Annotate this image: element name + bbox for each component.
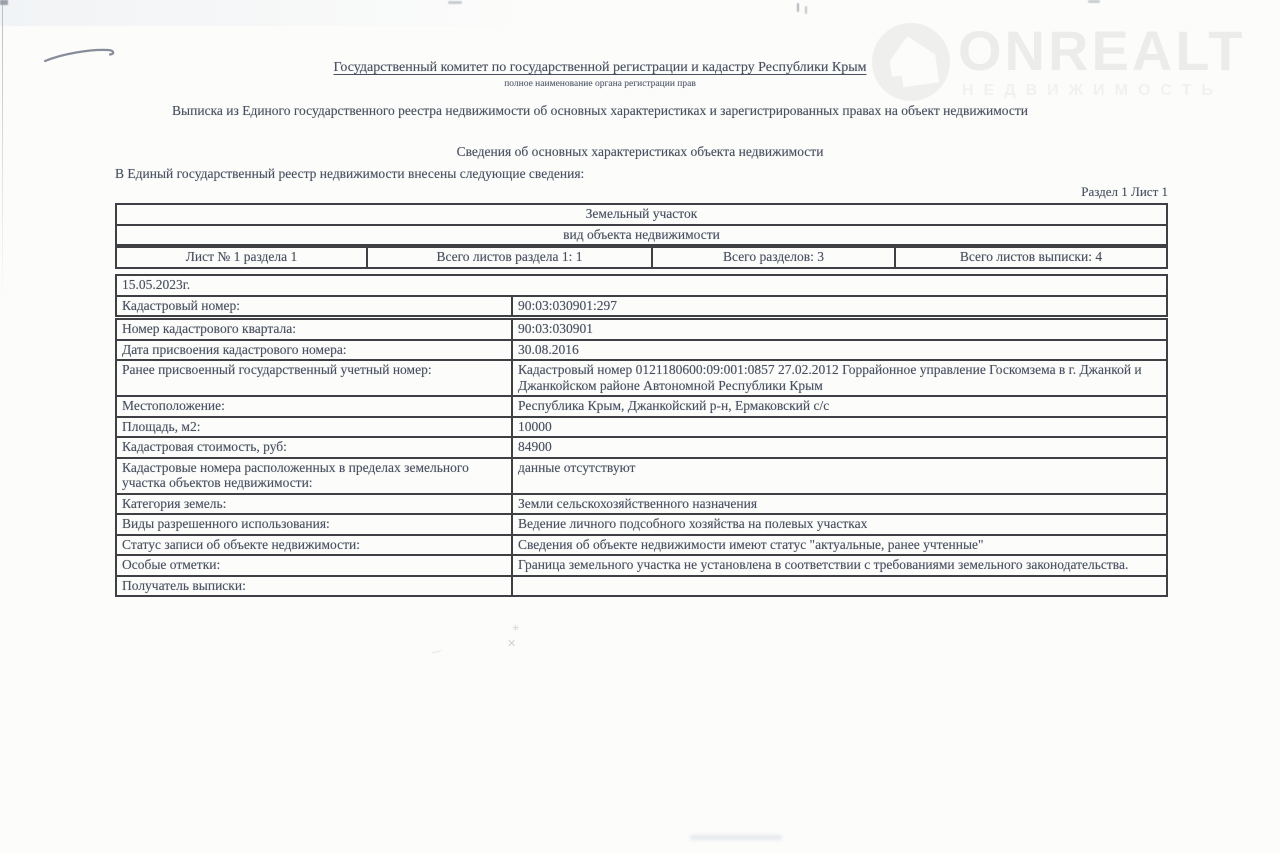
row-label: Кадастровый номер:	[117, 297, 513, 316]
row-label: Виды разрешенного использования:	[117, 515, 513, 534]
table-row: Особые отметки: Граница земельного участ…	[117, 554, 1166, 575]
scanned-document-page: ✳ ✕ — ONREALT НЕДВИЖИМОСТЬ Государственн…	[0, 0, 1280, 854]
row-label: Номер кадастрового квартала:	[117, 320, 513, 339]
cadastral-number-table: 15.05.2023г. Кадастровый номер: 90:03:03…	[115, 274, 1168, 317]
object-type-caption: вид объекта недвижимости	[117, 226, 1166, 245]
section-page-label: Раздел 1 Лист 1	[1081, 184, 1168, 200]
table-row: Кадастровые номера расположенных в преде…	[117, 457, 1166, 493]
table-row: Номер кадастрового квартала: 90:03:03090…	[117, 320, 1166, 339]
total-sections-cell: Всего разделов: 3	[653, 248, 896, 267]
row-value: 10000	[513, 418, 1166, 437]
document-title: Выписка из Единого государственного реес…	[0, 103, 1200, 119]
row-value: Земли сельскохозяйственного назначения	[513, 495, 1166, 514]
sheet-number-cell: Лист № 1 раздела 1	[117, 248, 368, 267]
row-value: Сведения об объекте недвижимости имеют с…	[513, 536, 1166, 555]
row-value: Республика Крым, Джанкойский р-н, Ермако…	[513, 397, 1166, 416]
table-row: вид объекта недвижимости	[117, 224, 1166, 245]
row-label: Категория земель:	[117, 495, 513, 514]
row-value: Кадастровый номер 0121180600:09:001:0857…	[513, 361, 1166, 395]
row-label: Дата присвоения кадастрового номера:	[117, 341, 513, 360]
row-label: Статус записи об объекте недвижимости:	[117, 536, 513, 555]
table-row: Получатель выписки:	[117, 575, 1166, 596]
sheets-in-section-cell: Всего листов раздела 1: 1	[368, 248, 653, 267]
row-value: 84900	[513, 438, 1166, 457]
details-table: Номер кадастрового квартала: 90:03:03090…	[115, 318, 1168, 597]
table-row: Ранее присвоенный государственный учетны…	[117, 359, 1166, 395]
document-content: Государственный комитет по государственн…	[0, 0, 1280, 854]
total-sheets-cell: Всего листов выписки: 4	[896, 248, 1166, 267]
table-row: Площадь, м2: 10000	[117, 416, 1166, 437]
row-value: Ведение личного подсобного хозяйства на …	[513, 515, 1166, 534]
sheet-info-table: Лист № 1 раздела 1 Всего листов раздела …	[115, 246, 1168, 269]
section-title: Сведения об основных характеристиках объ…	[0, 144, 1280, 160]
table-row: Дата присвоения кадастрового номера: 30.…	[117, 339, 1166, 360]
row-label: Местоположение:	[117, 397, 513, 416]
row-label: Получатель выписки:	[117, 577, 513, 596]
authority-caption: полное наименование органа регистрации п…	[0, 79, 1200, 89]
row-value: данные отсутствуют	[513, 459, 1166, 493]
table-row: Виды разрешенного использования: Ведение…	[117, 513, 1166, 534]
row-label: Кадастровая стоимость, руб:	[117, 438, 513, 457]
table-row: Кадастровый номер: 90:03:030901:297	[117, 295, 1166, 316]
row-value: 90:03:030901	[513, 320, 1166, 339]
row-value	[513, 577, 1166, 596]
row-label: Кадастровые номера расположенных в преде…	[117, 459, 513, 493]
table-row: Статус записи об объекте недвижимости: С…	[117, 534, 1166, 555]
row-label: Особые отметки:	[117, 556, 513, 575]
object-type-table: Земельный участок вид объекта недвижимос…	[115, 203, 1168, 246]
row-label: Ранее присвоенный государственный учетны…	[117, 361, 513, 395]
row-value: 90:03:030901:297	[513, 297, 1166, 316]
table-row: 15.05.2023г.	[117, 276, 1166, 295]
table-row: Земельный участок	[117, 205, 1166, 224]
extract-date: 15.05.2023г.	[117, 276, 1166, 295]
registration-authority-title: Государственный комитет по государственн…	[0, 60, 1200, 76]
row-label: Площадь, м2:	[117, 418, 513, 437]
table-row: Местоположение: Республика Крым, Джанкой…	[117, 395, 1166, 416]
sheet-info-row: Лист № 1 раздела 1 Всего листов раздела …	[117, 248, 1166, 267]
row-value: Граница земельного участка не установлен…	[513, 556, 1166, 575]
table-row: Категория земель: Земли сельскохозяйстве…	[117, 493, 1166, 514]
table-row: Лист № 1 раздела 1 Всего листов раздела …	[117, 248, 1166, 267]
intro-text: В Единый государственный реестр недвижим…	[115, 166, 584, 182]
row-value: 30.08.2016	[513, 341, 1166, 360]
object-type-value: Земельный участок	[117, 205, 1166, 224]
table-row: Кадастровая стоимость, руб: 84900	[117, 436, 1166, 457]
